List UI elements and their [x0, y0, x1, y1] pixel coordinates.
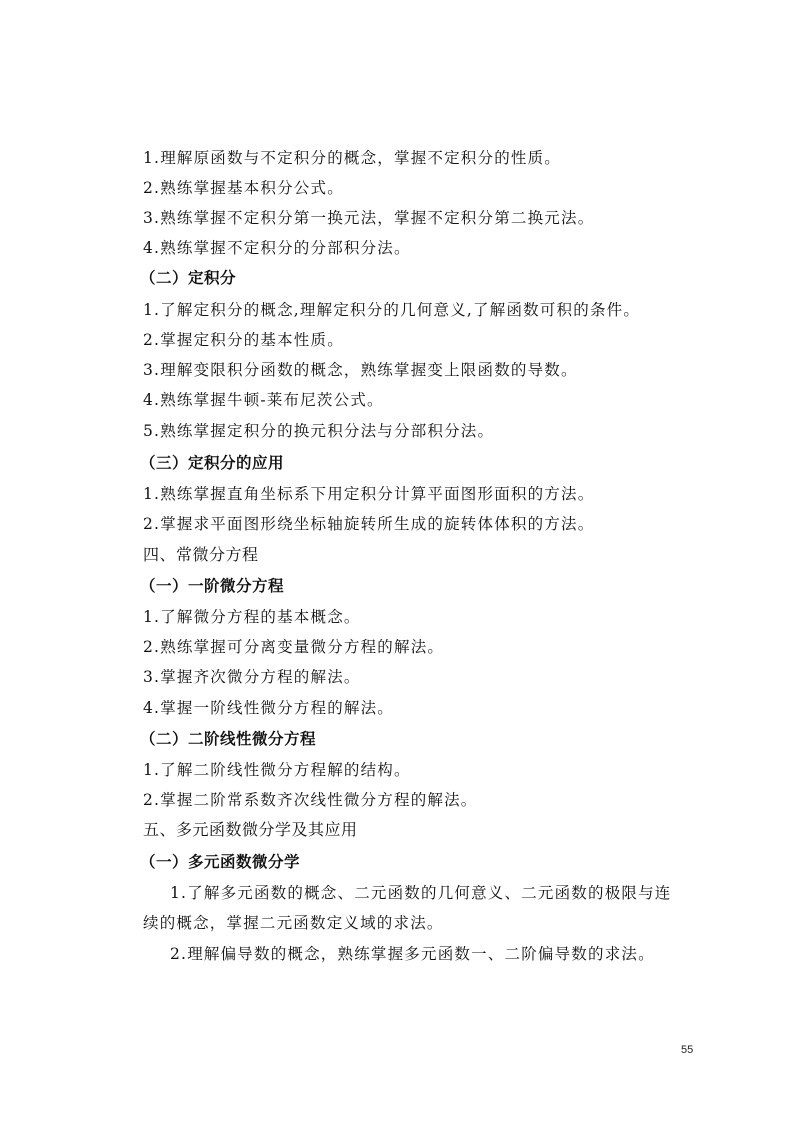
- list-item-continuation: 续的概念，掌握二元函数定义域的求法。: [143, 913, 444, 933]
- subsection-heading: （一）一阶微分方程: [140, 576, 284, 596]
- list-item: 3.掌握齐次微分方程的解法。: [143, 667, 361, 687]
- list-item: 1.了解微分方程的基本概念。: [143, 607, 361, 627]
- document-page: 1.理解原函数与不定积分的概念，掌握不定积分的性质。 2.熟练掌握基本积分公式。…: [0, 0, 793, 1122]
- list-item: 5.熟练掌握定积分的换元积分法与分部积分法。: [143, 421, 494, 441]
- list-item: 1.了解定积分的概念,理解定积分的几何意义,了解函数可积的条件。: [143, 300, 640, 320]
- list-item: 4.掌握一阶线性微分方程的解法。: [143, 698, 394, 718]
- list-item: 2.熟练掌握基本积分公式。: [143, 178, 344, 198]
- list-item: 3.理解变限积分函数的概念，熟练掌握变上限函数的导数。: [143, 360, 578, 380]
- list-item: 2.掌握求平面图形绕坐标轴旋转所生成的旋转体体积的方法。: [143, 514, 594, 534]
- section-heading: 四、常微分方程: [143, 545, 259, 565]
- subsection-heading: （三）定积分的应用: [140, 453, 284, 473]
- list-item: 3.熟练掌握不定积分第一换元法，掌握不定积分第二换元法。: [143, 208, 594, 228]
- list-item: 2.熟练掌握可分离变量微分方程的解法。: [143, 637, 444, 657]
- subsection-heading: （二）定积分: [140, 268, 236, 288]
- page-number: 55: [681, 1044, 693, 1056]
- list-item: 4.熟练掌握不定积分的分部积分法。: [143, 238, 411, 258]
- subsection-heading: （一）多元函数微分学: [140, 852, 300, 872]
- list-item: 4.熟练掌握牛顿-莱布尼茨公式。: [143, 390, 384, 410]
- list-item: 1.了解二阶线性微分方程解的结构。: [143, 760, 411, 780]
- list-item: 2.掌握二阶常系数齐次线性微分方程的解法。: [143, 790, 478, 810]
- list-item: 2.掌握定积分的基本性质。: [143, 330, 344, 350]
- list-item: 1.熟练掌握直角坐标系下用定积分计算平面图形面积的方法。: [143, 484, 594, 504]
- subsection-heading: （二）二阶线性微分方程: [140, 729, 316, 749]
- list-item: 1.理解原函数与不定积分的概念，掌握不定积分的性质。: [143, 148, 561, 168]
- list-item: 1.了解多元函数的概念、二元函数的几何意义、二元函数的极限与连: [170, 883, 672, 903]
- section-heading: 五、多元函数微分学及其应用: [143, 820, 358, 840]
- list-item: 2.理解偏导数的概念，熟练掌握多元函数一、二阶偏导数的求法。: [170, 944, 655, 964]
